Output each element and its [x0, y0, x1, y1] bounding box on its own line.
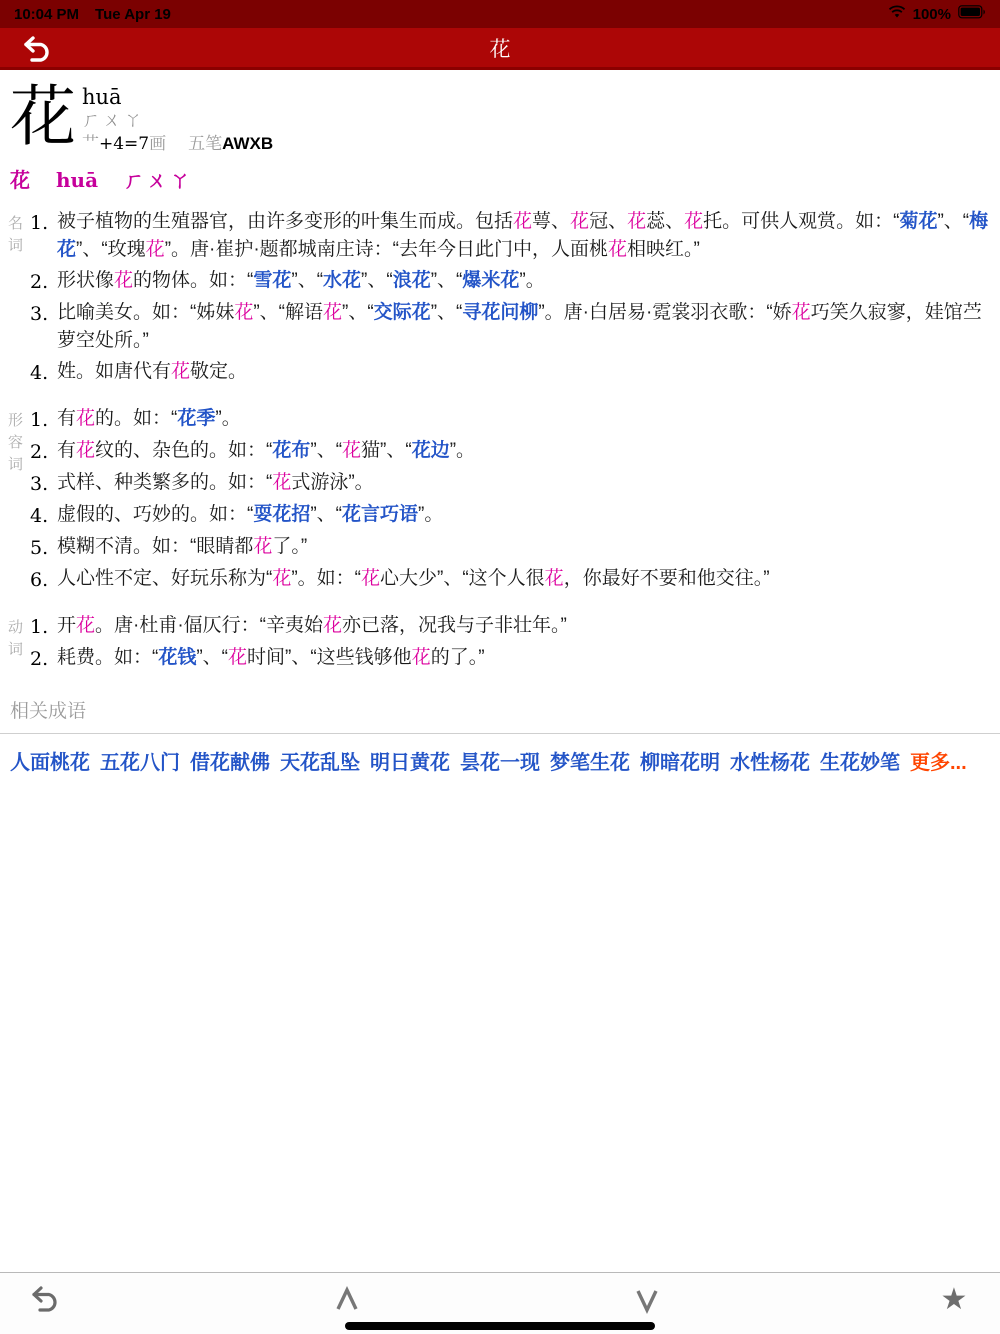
word-link[interactable]: 雪花 [253, 270, 291, 291]
undo-arrow-icon [22, 50, 56, 67]
definition-number: 3. [30, 469, 57, 498]
text-segment: ”、“ [431, 302, 463, 323]
definition-item: 2. 形状像花的物体。如：“雪花”、“水花”、“浪花”、“爆米花”。 [30, 267, 992, 296]
text-segment: ”、“ [361, 270, 393, 291]
text-segment: ”。唐·崔护·题都城南庄诗：“去年今日此门中，人面桃 [165, 239, 608, 260]
text-segment: ，你最好不要和他交往。” [564, 568, 770, 589]
word-link[interactable]: 借花献佛 [190, 752, 270, 774]
text-segment: 比喻美女。如：“姊妹 [57, 302, 234, 323]
highlighted-headword: 花 [146, 239, 165, 260]
definition-item: 3. 比喻美女。如：“姊妹花”、“解语花”、“交际花”、“寻花问柳”。唐·白居易… [30, 299, 992, 355]
highlighted-headword: 花 [76, 440, 95, 461]
idioms-heading: 相关成语 [10, 696, 992, 723]
text-segment: ”。如：“ [291, 568, 361, 589]
idioms-list: 人面桃花五花八门借花献佛天花乱坠明日黄花昙花一现梦笔生花柳暗花明水性杨花生花妙笔… [8, 734, 992, 775]
text-segment: 式样、种类繁多的。如：“ [57, 472, 272, 493]
word-link[interactable]: 五花八门 [100, 752, 180, 774]
word-link[interactable]: 耍花招 [253, 504, 310, 525]
summary-line: 花huāㄏㄨㄚ [10, 164, 992, 193]
headword-zhuyin: ㄏㄨㄚ [82, 109, 273, 132]
definition-number: 2. [30, 437, 57, 466]
highlighted-headword: 花 [412, 647, 431, 668]
text-segment: 蕊、 [646, 211, 684, 232]
highlighted-headword: 花 [608, 239, 627, 260]
definition-item: 5. 模糊不清。如：“眼睛都花了。” [30, 533, 992, 562]
status-bar: 10:04 PM Tue Apr 19 100% [0, 0, 1000, 28]
highlighted-headword: 花 [361, 568, 380, 589]
text-segment: ”、“ [291, 270, 323, 291]
text-segment: 的。如：“ [95, 408, 177, 429]
definition-number: 1. [30, 405, 57, 434]
favorite-button[interactable]: ★ [934, 1281, 974, 1315]
highlighted-headword: 花 [253, 536, 272, 557]
pos-label-adjective: 形容词 [8, 405, 30, 597]
text-segment: 萼、 [532, 211, 570, 232]
text-segment: 有 [57, 440, 76, 461]
definition-section-verb: 动词 1. 开花。唐·杜甫·偪仄行：“辛夷始花亦已落，况我与子非壮年。” 2. … [8, 612, 992, 676]
definition-number: 1. [30, 208, 57, 264]
text-segment: 被子植物的生殖器官，由许多变形的叶集生而成。包括 [57, 211, 513, 232]
text-segment: 姓。如唐代有 [57, 361, 171, 382]
nav-title: 花 [490, 33, 511, 63]
definition-number: 4. [30, 358, 57, 387]
summary-zhuyin: ㄏㄨㄚ [124, 170, 193, 192]
word-link[interactable]: 爆米花 [462, 270, 519, 291]
scroll-down-button[interactable] [630, 1285, 670, 1319]
text-segment: 时间”、“这些钱够他 [247, 647, 412, 668]
word-link[interactable]: 浪花 [393, 270, 431, 291]
text-segment: 相映红。” [627, 239, 700, 260]
definition-text: 被子植物的生殖器官，由许多变形的叶集生而成。包括花萼、花冠、花蕊、花托。可供人观… [57, 208, 992, 264]
word-link[interactable]: 天花乱坠 [280, 752, 360, 774]
back-button[interactable] [22, 35, 58, 63]
definition-text: 形状像花的物体。如：“雪花”、“水花”、“浪花”、“爆米花”。 [57, 267, 992, 296]
summary-pinyin: huā [56, 168, 98, 192]
highlighted-headword: 花 [627, 211, 646, 232]
definition-text: 有花的。如：“花季”。 [57, 405, 992, 434]
text-segment: 开 [57, 615, 76, 636]
definition-number: 5. [30, 533, 57, 562]
definition-text: 人心性不定、好玩乐称为“花”。如：“花心大少”、“这个人很花，你最好不要和他交往… [57, 565, 992, 594]
nav-bar: 花 [0, 28, 1000, 70]
word-link[interactable]: 昙花一现 [460, 752, 540, 774]
highlighted-headword: 花 [234, 302, 253, 323]
definition-number: 3. [30, 299, 57, 355]
word-link[interactable]: 生花妙笔 [820, 752, 900, 774]
definition-text: 虚假的、巧妙的。如：“耍花招”、“花言巧语”。 [57, 501, 992, 530]
highlighted-headword: 花 [792, 302, 811, 323]
text-segment: ”。 [519, 270, 544, 291]
wubi-code: AWXB [222, 134, 273, 153]
definition-text: 模糊不清。如：“眼睛都花了。” [57, 533, 992, 562]
text-segment: 式游泳”。 [291, 472, 373, 493]
wubi-label: 五笔 [188, 134, 222, 154]
definition-number: 2. [30, 644, 57, 673]
word-link[interactable]: 水花 [323, 270, 361, 291]
word-link[interactable]: 梦笔生花 [550, 752, 630, 774]
definition-item: 1. 被子植物的生殖器官，由许多变形的叶集生而成。包括花萼、花冠、花蕊、花托。可… [30, 208, 992, 264]
definition-number: 6. [30, 565, 57, 594]
text-segment: 的了。” [431, 647, 485, 668]
more-link[interactable]: 更多... [910, 752, 967, 774]
text-segment: 虚假的、巧妙的。如：“ [57, 504, 253, 525]
definition-number: 1. [30, 612, 57, 641]
definition-number: 4. [30, 501, 57, 530]
text-segment: ”。 [450, 440, 475, 461]
definition-item: 3. 式样、种类繁多的。如：“花式游泳”。 [30, 469, 992, 498]
word-link[interactable]: 花布 [272, 440, 310, 461]
text-segment: 人心性不定、好玩乐称为“ [57, 568, 272, 589]
definition-item: 1. 有花的。如：“花季”。 [30, 405, 992, 434]
text-segment: 冠、 [589, 211, 627, 232]
text-segment: ”、“ [342, 302, 374, 323]
highlighted-headword: 花 [342, 440, 361, 461]
highlighted-headword: 花 [171, 361, 190, 382]
word-link[interactable]: 花钱 [158, 647, 196, 668]
definition-text: 比喻美女。如：“姊妹花”、“解语花”、“交际花”、“寻花问柳”。唐·白居易·霓裳… [57, 299, 992, 355]
text-segment: ”。 [418, 504, 443, 525]
text-segment: 耗费。如：“ [57, 647, 158, 668]
definition-item: 2. 有花纹的、杂色的。如：“花布”、“花猫”、“花边”。 [30, 437, 992, 466]
scroll-up-button[interactable] [330, 1285, 370, 1319]
highlighted-headword: 花 [272, 472, 291, 493]
home-indicator[interactable] [345, 1322, 655, 1330]
wifi-icon [888, 5, 906, 23]
highlighted-headword: 花 [323, 615, 342, 636]
highlighted-headword: 花 [228, 647, 247, 668]
highlighted-headword: 花 [513, 211, 532, 232]
headword-char: 花 [8, 82, 82, 150]
text-segment: ”、“ [431, 270, 463, 291]
word-link[interactable]: 交际花 [374, 302, 431, 323]
bottom-toolbar: ★ [0, 1272, 1000, 1334]
text-segment: 亦已落，况我与子非壮年。” [342, 615, 567, 636]
definition-item: 2. 耗费。如：“花钱”、“花时间”、“这些钱够他花的了。” [30, 644, 992, 673]
text-segment: ”、“ [937, 211, 969, 232]
word-link[interactable]: 花季 [177, 408, 215, 429]
headword-pinyin: huā [82, 86, 273, 109]
text-segment: ”、“ [196, 647, 228, 668]
text-segment: 形状像 [57, 270, 114, 291]
stroke-count: +4=7 [99, 134, 149, 154]
highlighted-headword: 花 [545, 568, 564, 589]
text-segment: 。唐·杜甫·偪仄行：“辛夷始 [95, 615, 323, 636]
radical: 艹 [82, 134, 99, 154]
text-segment: ”、“ [310, 440, 342, 461]
text-segment: 猫”、“ [361, 440, 412, 461]
definition-section-adjective: 形容词 1. 有花的。如：“花季”。 2. 有花纹的、杂色的。如：“花布”、“花… [8, 405, 992, 597]
text-segment: ”、“ [310, 504, 342, 525]
stroke-word: 画 [149, 134, 166, 154]
text-segment: ”。 [215, 408, 240, 429]
definition-item: 4. 虚假的、巧妙的。如：“耍花招”、“花言巧语”。 [30, 501, 992, 530]
word-link[interactable]: 花言巧语 [342, 504, 418, 525]
status-time: 10:04 PM [14, 6, 79, 23]
definition-text: 耗费。如：“花钱”、“花时间”、“这些钱够他花的了。” [57, 644, 992, 673]
word-link[interactable]: 人面桃花 [10, 752, 90, 774]
definition-text: 有花纹的、杂色的。如：“花布”、“花猫”、“花边”。 [57, 437, 992, 466]
definition-text: 式样、种类繁多的。如：“花式游泳”。 [57, 469, 992, 498]
battery-percent: 100% [913, 6, 951, 23]
word-link[interactable]: 柳暗花明 [640, 752, 720, 774]
undo-arrow-icon [30, 1300, 64, 1317]
definition-text: 开花。唐·杜甫·偪仄行：“辛夷始花亦已落，况我与子非壮年。” [57, 612, 992, 641]
text-segment: 的物体。如：“ [133, 270, 253, 291]
word-link[interactable]: 明日黄花 [370, 752, 450, 774]
highlighted-headword: 花 [114, 270, 133, 291]
stroke-info: 艹+4=7画五笔AWXB [82, 132, 273, 156]
text-segment: ”、“玫瑰 [76, 239, 146, 260]
definition-item: 4. 姓。如唐代有花敬定。 [30, 358, 992, 387]
text-segment: 敬定。 [190, 361, 247, 382]
star-icon: ★ [941, 1283, 968, 1316]
text-segment: 模糊不清。如：“眼睛都 [57, 536, 253, 557]
text-segment: 纹的、杂色的。如：“ [95, 440, 272, 461]
pos-label-verb: 动词 [8, 612, 30, 676]
word-link[interactable]: 菊花 [899, 211, 937, 232]
definition-section-noun: 名词 1. 被子植物的生殖器官，由许多变形的叶集生而成。包括花萼、花冠、花蕊、花… [8, 208, 992, 390]
text-segment: 有 [57, 408, 76, 429]
highlighted-headword: 花 [76, 615, 95, 636]
battery-icon [958, 5, 986, 23]
highlighted-headword: 花 [272, 568, 291, 589]
highlighted-headword: 花 [570, 211, 589, 232]
text-segment: 托。可供人观赏。如：“ [703, 211, 899, 232]
summary-char: 花 [10, 170, 30, 192]
highlighted-headword: 花 [684, 211, 703, 232]
pos-label-noun: 名词 [8, 208, 30, 390]
text-segment: ”。唐·白居易·霓裳羽衣歌：“娇 [538, 302, 791, 323]
definition-item: 6. 人心性不定、好玩乐称为“花”。如：“花心大少”、“这个人很花，你最好不要和… [30, 565, 992, 594]
text-segment: 了。” [272, 536, 307, 557]
definition-text: 姓。如唐代有花敬定。 [57, 358, 992, 387]
chevron-down-icon [630, 1302, 664, 1319]
highlighted-headword: 花 [323, 302, 342, 323]
text-segment: 心大少”、“这个人很 [380, 568, 545, 589]
text-segment: ”、“解语 [253, 302, 323, 323]
definition-item: 1. 开花。唐·杜甫·偪仄行：“辛夷始花亦已落，况我与子非壮年。” [30, 612, 992, 641]
status-date: Tue Apr 19 [95, 6, 171, 23]
headword-block: 花 huā ㄏㄨㄚ 艹+4=7画五笔AWXB [8, 82, 992, 156]
undo-button[interactable] [30, 1285, 70, 1319]
word-link[interactable]: 水性杨花 [730, 752, 810, 774]
word-link[interactable]: 寻花问柳 [462, 302, 538, 323]
word-link[interactable]: 花边 [412, 440, 450, 461]
definition-number: 2. [30, 267, 57, 296]
chevron-up-icon [330, 1302, 364, 1319]
highlighted-headword: 花 [76, 408, 95, 429]
